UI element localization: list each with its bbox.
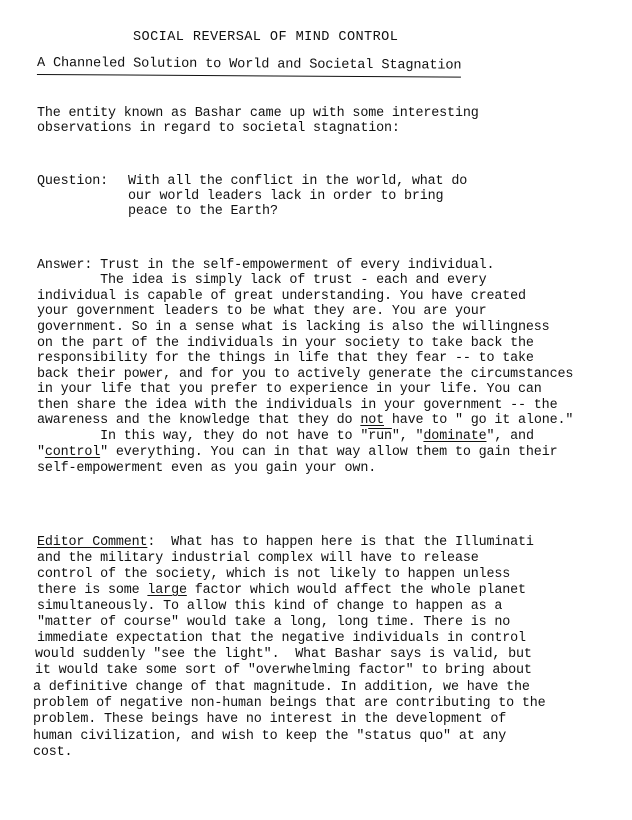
answer-line: in your life that you prefer to experien… — [37, 382, 542, 398]
editor-comment-line: problem. These beings have no interest i… — [33, 712, 506, 728]
answer-label: Answer: — [37, 258, 92, 273]
answer-line-not: awareness and the knowledge that they do… — [37, 413, 573, 429]
editor-comment-line: immediate expectation that the negative … — [37, 631, 526, 647]
answer-line: individual is capable of great understan… — [37, 289, 526, 305]
answer-line-run: In this way, they do not have to "run", … — [37, 429, 534, 445]
underlined-not: not — [360, 413, 384, 428]
answer-first-line: Answer: Trust in the self-empowerment of… — [37, 258, 494, 274]
intro-line: The entity known as Bashar came up with … — [37, 106, 479, 122]
question-line: With all the conflict in the world, what… — [128, 174, 467, 190]
editor-comment-label: Editor Comment — [37, 535, 147, 550]
editor-comment-line: a definitive change of that magnitude. I… — [33, 680, 530, 696]
text-segment: In this way, they do not have to " — [37, 429, 368, 444]
text-segment: ", and — [487, 429, 534, 444]
answer-line: government. So in a sense what is lackin… — [37, 320, 550, 336]
answer-line: The idea is simply lack of trust - each … — [37, 273, 487, 289]
editor-comment-line: cost. — [33, 745, 72, 761]
text-segment: awareness and the knowledge that they do — [37, 413, 360, 428]
answer-line: your government leaders to be what they … — [37, 304, 487, 320]
question-line: peace to the Earth? — [128, 204, 278, 220]
editor-comment-line: human civilization, and wish to keep the… — [33, 729, 506, 745]
underlined-run: run — [368, 429, 392, 444]
editor-comment-text: : What has to happen here is that the Il… — [147, 535, 533, 550]
underlined-dominate: dominate — [423, 429, 486, 444]
answer-text: Trust in the self-empowerment of every i… — [92, 258, 494, 273]
editor-comment-line: would suddenly "see the light". What Bas… — [35, 647, 532, 663]
text-segment: have to " go it alone." — [384, 413, 573, 428]
question-line: our world leaders lack in order to bring — [128, 189, 443, 205]
editor-comment-line: simultaneously. To allow this kind of ch… — [37, 599, 502, 615]
intro-line: observations in regard to societal stagn… — [37, 121, 400, 137]
editor-comment-line: and the military industrial complex will… — [37, 551, 479, 567]
document-title: SOCIAL REVERSAL OF MIND CONTROL — [133, 30, 398, 46]
editor-comment-line-large: there is some large factor which would a… — [37, 583, 526, 599]
answer-line: then share the idea with the individuals… — [37, 398, 557, 414]
answer-line: responsibility for the things in life th… — [37, 351, 534, 367]
text-segment: " everything. You can in that way allow … — [100, 445, 557, 460]
editor-comment-line: problem of negative non-human beings tha… — [33, 696, 546, 712]
text-segment: ", " — [392, 429, 424, 444]
text-segment: factor which would affect the whole plan… — [187, 583, 526, 598]
document-subtitle: A Channeled Solution to World and Societ… — [37, 56, 462, 78]
underlined-large: large — [147, 583, 186, 598]
editor-comment-line: it would take some sort of "overwhelming… — [35, 663, 532, 679]
question-label: Question: — [37, 174, 108, 190]
editor-comment-line: "matter of course" would take a long, lo… — [37, 615, 510, 631]
text-segment: " — [37, 445, 45, 460]
editor-comment-line: control of the society, which is not lik… — [37, 567, 510, 583]
answer-line: on the part of the individuals in your s… — [37, 336, 534, 352]
editor-comment-first-line: Editor Comment: What has to happen here … — [37, 535, 534, 551]
answer-line: back their power, and for you to activel… — [37, 367, 573, 383]
text-segment: there is some — [37, 583, 147, 598]
document-page: SOCIAL REVERSAL OF MIND CONTROL A Channe… — [0, 0, 632, 820]
answer-line-control: "control" everything. You can in that wa… — [37, 445, 557, 461]
underlined-control: control — [45, 445, 100, 460]
answer-last-line: self-empowerment even as you gain your o… — [37, 461, 376, 477]
